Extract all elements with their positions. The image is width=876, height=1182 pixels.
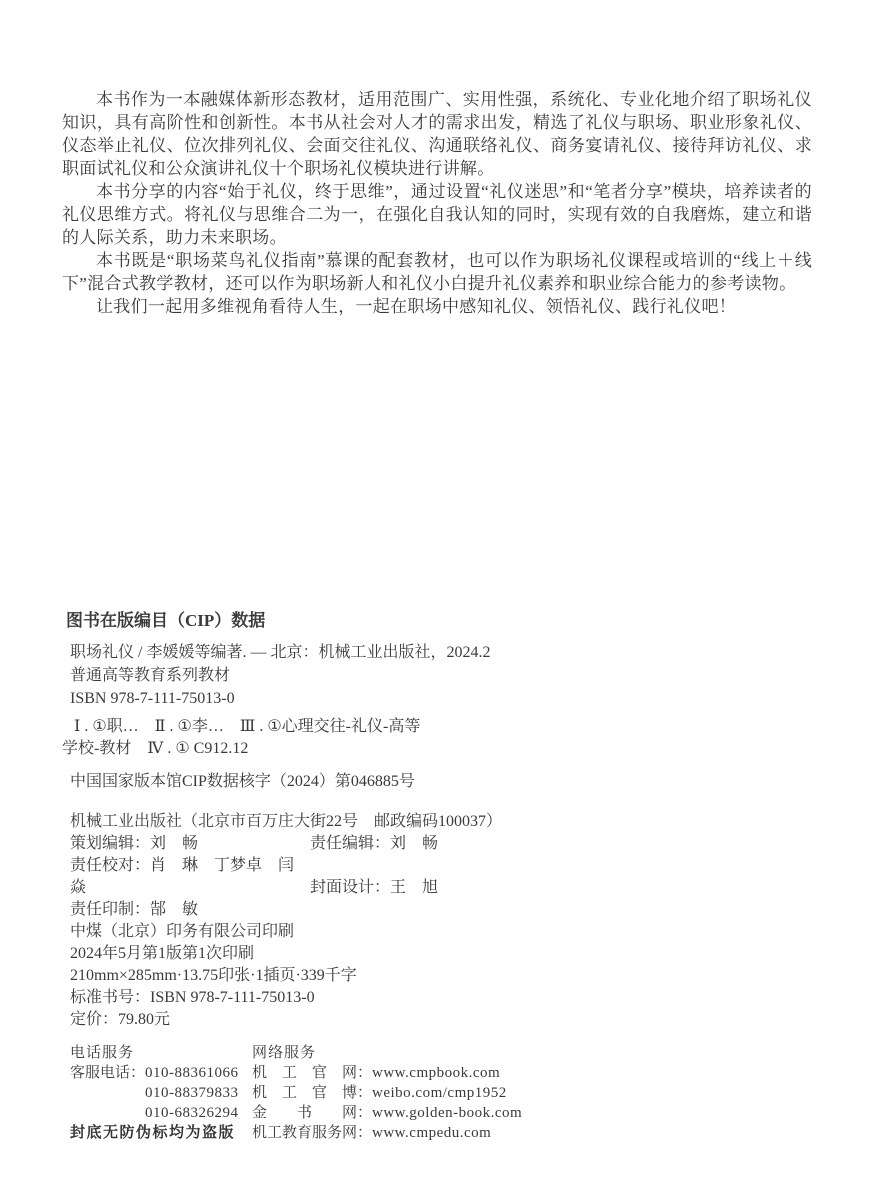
printer-line: 中煤（北京）印务有限公司印刷 xyxy=(70,921,812,943)
network-url-weibo: weibo.com/cmp1952 xyxy=(372,1085,507,1101)
network-url-cmpbook: www.cmpbook.com xyxy=(372,1065,500,1081)
staff-row-editors: 策划编辑：刘 畅责任编辑：刘 畅 xyxy=(70,833,812,855)
service-info-section: 电话服务 客服电话：010-88361066 010-88379833 010-… xyxy=(70,1043,812,1143)
cip-classification-line-2: 学校-教材 Ⅳ . ① C912.12 xyxy=(62,738,812,760)
hotline-line-3: 010-68326294 xyxy=(70,1103,252,1123)
cip-isbn-line: ISBN 978-7-111-75013-0 xyxy=(70,687,812,710)
format-line: 210mm×285mm·13.75印张·1插页·339千字 xyxy=(70,965,812,987)
print-supervisor: 责任印制：郜 敏 xyxy=(70,899,310,921)
intro-paragraph-2: 本书分享的内容“始于礼仪，终于思维”，通过设置“礼仪迷思”和“笔者分享”模块，培… xyxy=(62,180,812,249)
cip-title-line: 职场礼仪 / 李媛媛等编著. — 北京：机械工业出版社，2024.2 xyxy=(70,641,812,664)
network-entry-goldenbook: 金 书 网：www.golden-book.com xyxy=(252,1103,812,1123)
hotline-label: 客服电话： xyxy=(70,1065,145,1081)
responsible-editor: 责任编辑：刘 畅 xyxy=(310,835,438,852)
book-introduction: 本书作为一本融媒体新形态教材，适用范围广、实用性强，系统化、专业化地介绍了职场礼… xyxy=(62,88,812,318)
hotline-line-1: 客服电话：010-88361066 xyxy=(70,1063,252,1083)
network-label-education-service: 机工教育服务网： xyxy=(252,1125,372,1141)
network-label-official-weibo: 机 工 官 博： xyxy=(252,1085,372,1101)
intro-paragraph-4: 让我们一起用多维视角看待人生，一起在职场中感知礼仪、领悟礼仪、践行礼仪吧！ xyxy=(62,295,812,318)
hotline-number-1: 010-88361066 xyxy=(145,1065,239,1081)
cip-record-number: 中国国家版本馆CIP数据核字（2024）第046885号 xyxy=(70,770,812,793)
cover-designer: 封面设计：王 旭 xyxy=(310,879,438,896)
cip-series-line: 普通高等教育系列教材 xyxy=(70,664,812,687)
proofreaders: 责任校对：肖 琳 丁梦卓 闫 焱 xyxy=(70,855,310,899)
cip-classification: Ⅰ . ①职… Ⅱ . ①李… Ⅲ . ①心理交往-礼仪-高等 学校-教材 Ⅳ … xyxy=(62,716,812,760)
network-entry-cmpbook: 机 工 官 网：www.cmpbook.com xyxy=(252,1063,812,1083)
book-copyright-page: 本书作为一本融媒体新形态教材，适用范围广、实用性强，系统化、专业化地介绍了职场礼… xyxy=(0,0,876,1182)
staff-row-print-supervisor: 责任印制：郜 敏 xyxy=(70,899,812,921)
staff-row-proofreaders: 责任校对：肖 琳 丁梦卓 闫 焱封面设计：王 旭 xyxy=(70,855,812,899)
phone-service-heading: 电话服务 xyxy=(70,1043,252,1063)
anti-piracy-warning: 封底无防伪标均为盗版 xyxy=(70,1123,252,1143)
cip-heading: 图书在版编目（CIP）数据 xyxy=(66,609,812,633)
network-url-cmpedu: www.cmpedu.com xyxy=(372,1125,491,1141)
network-entry-weibo: 机 工 官 博：weibo.com/cmp1952 xyxy=(252,1083,812,1103)
standard-book-number: 标准书号：ISBN 978-7-111-75013-0 xyxy=(70,987,812,1009)
planning-editor: 策划编辑：刘 畅 xyxy=(70,833,310,855)
publisher-info-section: 机械工业出版社（北京市百万庄大街22号 邮政编码100037） 策划编辑：刘 畅… xyxy=(62,811,812,1031)
cip-classification-line-1: Ⅰ . ①职… Ⅱ . ①李… Ⅲ . ①心理交往-礼仪-高等 xyxy=(74,716,812,738)
phone-service-column: 电话服务 客服电话：010-88361066 010-88379833 010-… xyxy=(70,1043,252,1143)
network-entry-cmpedu: 机工教育服务网：www.cmpedu.com xyxy=(252,1123,812,1143)
hotline-number-3: 010-68326294 xyxy=(145,1105,239,1121)
price-line: 定价：79.80元 xyxy=(70,1009,812,1031)
network-label-golden-book: 金 书 网： xyxy=(252,1105,372,1121)
hotline-line-2: 010-88379833 xyxy=(70,1083,252,1103)
intro-paragraph-1: 本书作为一本融媒体新形态教材，适用范围广、实用性强，系统化、专业化地介绍了职场礼… xyxy=(62,88,812,180)
intro-paragraph-3: 本书既是“职场菜鸟礼仪指南”慕课的配套教材，也可以作为职场礼仪课程或培训的“线上… xyxy=(62,249,812,295)
network-url-goldenbook: www.golden-book.com xyxy=(372,1105,522,1121)
network-label-official-site: 机 工 官 网： xyxy=(252,1065,372,1081)
cip-data-section: 图书在版编目（CIP）数据 职场礼仪 / 李媛媛等编著. — 北京：机械工业出版… xyxy=(62,609,812,793)
publisher-name-address: 机械工业出版社（北京市百万庄大街22号 邮政编码100037） xyxy=(70,811,812,833)
network-service-heading: 网络服务 xyxy=(252,1043,812,1063)
hotline-number-2: 010-88379833 xyxy=(145,1085,239,1101)
network-service-column: 网络服务 机 工 官 网：www.cmpbook.com 机 工 官 博：wei… xyxy=(252,1043,812,1143)
edition-line: 2024年5月第1版第1次印刷 xyxy=(70,943,812,965)
